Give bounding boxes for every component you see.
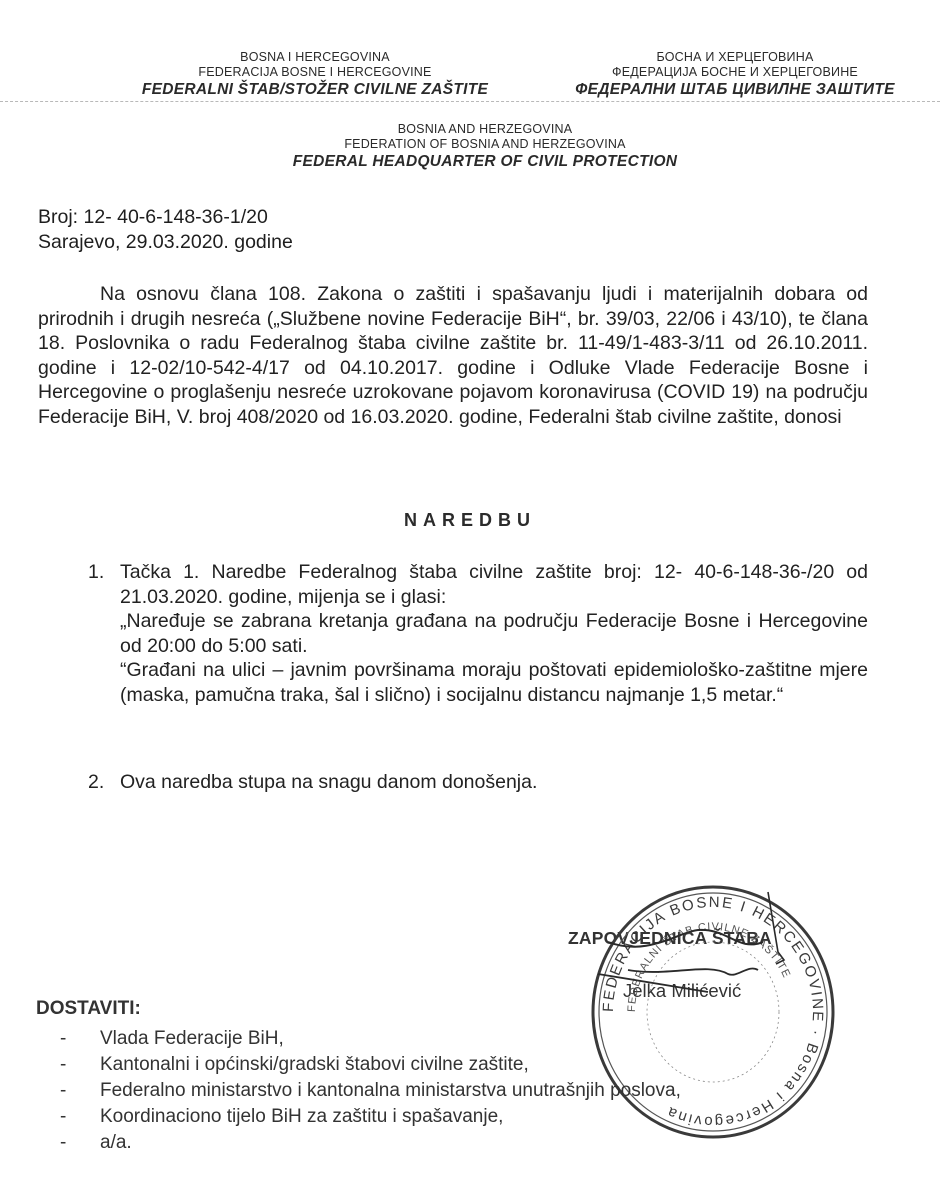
distribution-list: -Vlada Federacije BiH, -Kantonalni i opć… — [60, 1026, 681, 1156]
order-item-intro: Ova naredba stupa na snagu danom donošen… — [120, 770, 868, 795]
distribution-item: -a/a. — [60, 1130, 681, 1156]
institution-name-cyrillic: ФЕДЕРАЛНИ ШТАБ ЦИВИЛНЕ ЗАШТИТЕ — [530, 80, 940, 99]
document-place-date: Sarajevo, 29.03.2020. godine — [38, 230, 293, 255]
distribution-item: -Federalno ministarstvo i kantonalna min… — [60, 1078, 681, 1104]
country-name-cyrillic: БОСНА И ХЕРЦЕГОВИНА — [530, 50, 940, 65]
document-number: Broj: 12- 40-6-148-36-1/20 — [38, 205, 293, 230]
letterhead-latin: BOSNA I HERCEGOVINA FEDERACIJA BOSNE I H… — [110, 50, 520, 99]
letterhead-english: BOSNIA AND HERZEGOVINA FEDERATION OF BOS… — [230, 122, 740, 171]
federation-name-cyrillic: ФЕДЕРАЦИЈА БОСНЕ И ХЕРЦЕГОВИНЕ — [530, 65, 940, 80]
order-item: 1. Tačka 1. Naredbe Federalnog štaba civ… — [88, 560, 868, 708]
federation-name-english: FEDERATION OF BOSNIA AND HERZEGOVINA — [230, 137, 740, 152]
order-item-quote: “Građani na ulici – javnim površinama mo… — [120, 658, 868, 707]
federation-name: FEDERACIJA BOSNE I HERCEGOVINE — [110, 65, 520, 80]
distribution-title: DOSTAVITI: — [36, 998, 141, 1020]
distribution-item: -Koordinaciono tijelo BiH za zaštitu i s… — [60, 1104, 681, 1130]
letterhead-divider — [0, 101, 940, 102]
order-item: 2. Ova naredba stupa na snagu danom dono… — [88, 770, 868, 795]
signatory-title: ZAPOVJEDNICA ŠTABA — [568, 928, 772, 949]
document-title: NAREDBU — [0, 510, 940, 531]
preamble-text: Na osnovu člana 108. Zakona o zaštiti i … — [38, 283, 868, 428]
preamble-paragraph: Na osnovu člana 108. Zakona o zaštiti i … — [38, 282, 868, 430]
order-item-quote: „Naređuje se zabrana kretanja građana na… — [120, 609, 868, 658]
order-item-number: 2. — [88, 770, 104, 795]
signatory-name: Jelka Milićević — [623, 980, 741, 1002]
distribution-item: -Kantonalni i općinski/gradski štabovi c… — [60, 1052, 681, 1078]
order-item-number: 1. — [88, 560, 104, 585]
institution-name-english: FEDERAL HEADQUARTER OF CIVIL PROTECTION — [230, 152, 740, 171]
order-item-intro: Tačka 1. Naredbe Federalnog štaba civiln… — [120, 560, 868, 609]
institution-name: FEDERALNI ŠTAB/STOŽER CIVILNE ZAŠTITE — [110, 80, 520, 99]
letterhead-cyrillic: БОСНА И ХЕРЦЕГОВИНА ФЕДЕРАЦИЈА БОСНЕ И Х… — [530, 50, 940, 99]
country-name: BOSNA I HERCEGOVINA — [110, 50, 520, 65]
country-name-english: BOSNIA AND HERZEGOVINA — [230, 122, 740, 137]
distribution-item: -Vlada Federacije BiH, — [60, 1026, 681, 1052]
document-meta: Broj: 12- 40-6-148-36-1/20 Sarajevo, 29.… — [38, 205, 293, 255]
